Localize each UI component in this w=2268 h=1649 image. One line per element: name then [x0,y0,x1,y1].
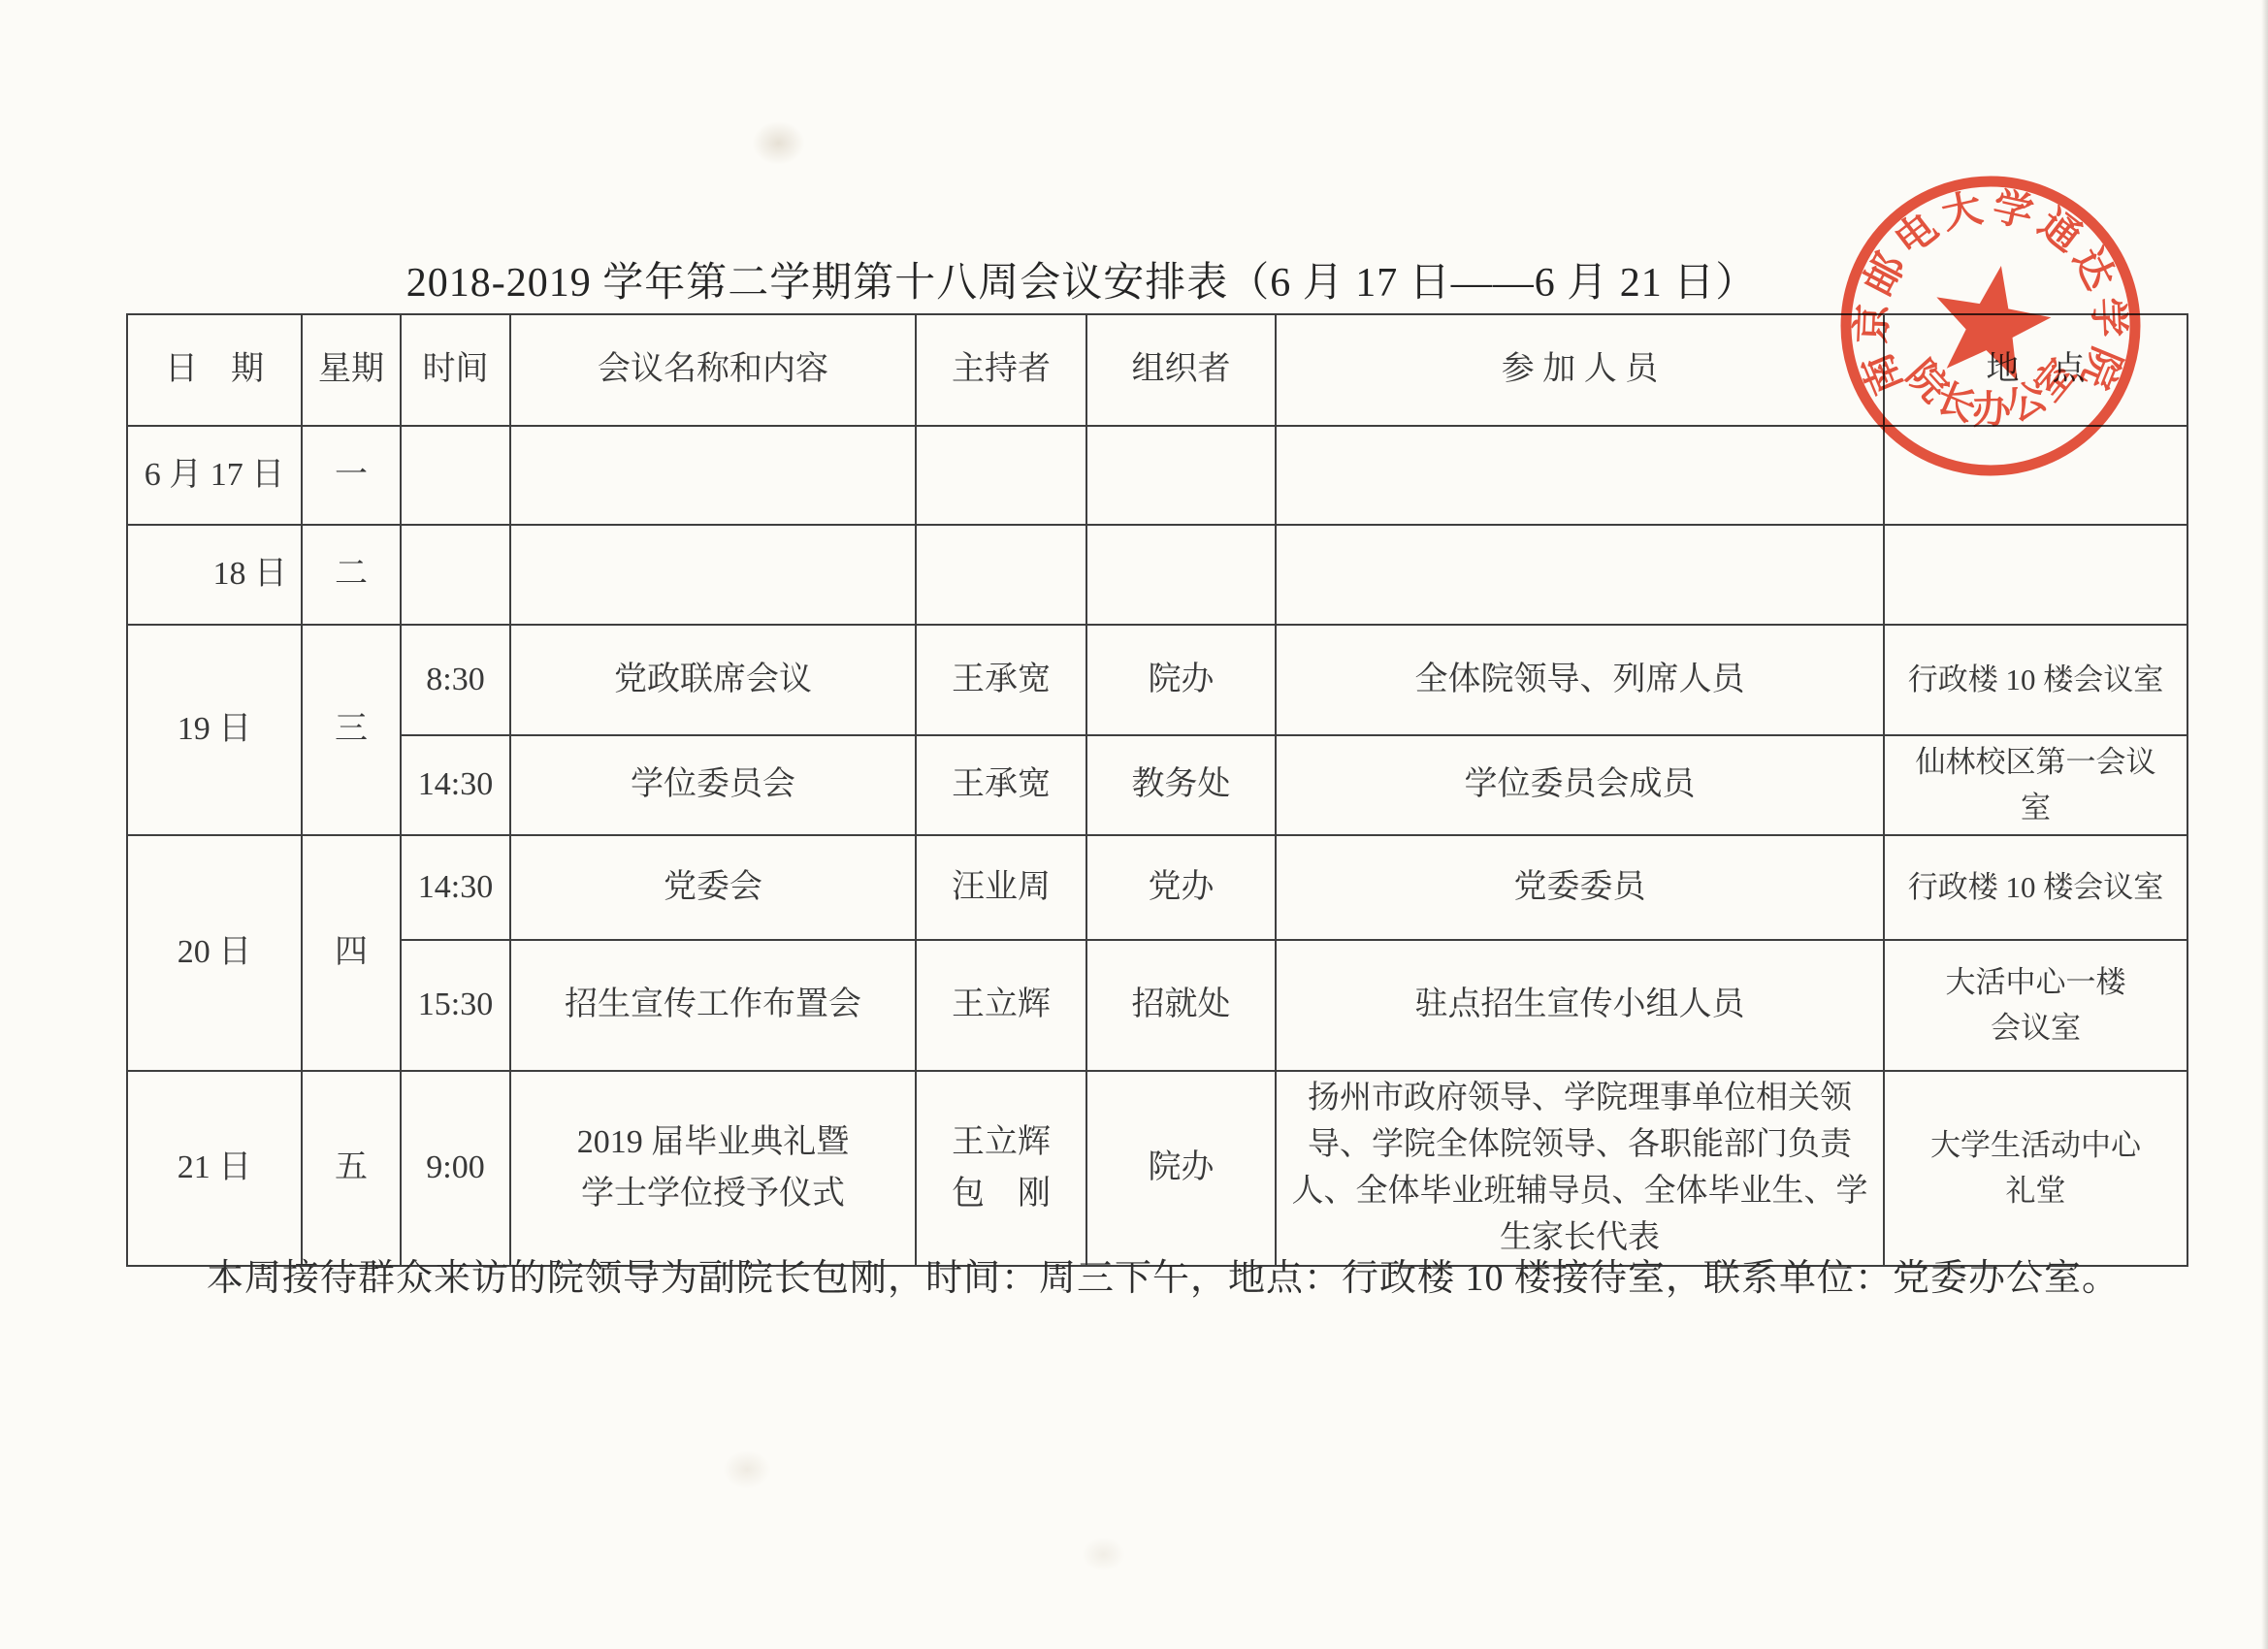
cell-organizer: 教务处 [1086,735,1276,835]
cell-weekday: 二 [302,525,401,625]
header-meeting: 会议名称和内容 [510,314,916,426]
scan-smudge [752,121,805,165]
scan-smudge [1082,1537,1125,1571]
cell-host [916,426,1086,525]
cell-date: 18 日 [127,525,302,625]
table-row-wed-1: 19 日 三 8:30 党政联席会议 王承宽 院办 全体院领导、列席人员 行政楼… [127,625,2187,735]
star-icon [1925,256,2058,385]
cell-time: 15:30 [401,940,510,1071]
cell-participants [1276,525,1884,625]
cell-location: 大活中心一楼 会议室 [1884,940,2187,1071]
cell-weekday: 一 [302,426,401,525]
document-title: 2018-2019 学年第二学期第十八周会议安排表（6 月 17 日——6 月 … [97,250,2066,308]
cell-meeting: 招生宣传工作布置会 [510,940,916,1071]
cell-participants: 驻点招生宣传小组人员 [1276,940,1884,1071]
cell-organizer [1086,525,1276,625]
cell-time: 8:30 [401,625,510,735]
cell-date: 20 日 [127,835,302,1071]
cell-meeting: 2019 届毕业典礼暨 学士学位授予仪式 [510,1071,916,1266]
cell-host: 汪业周 [916,835,1086,940]
header-organizer: 组织者 [1086,314,1276,426]
cell-participants: 党委委员 [1276,835,1884,940]
svg-text:院长办公室: 院长办公室 [1898,349,2086,433]
cell-weekday: 三 [302,625,401,835]
table-row-tue: 18 日 二 [127,525,2187,625]
cell-meeting [510,525,916,625]
cell-time [401,426,510,525]
cell-location: 行政楼 10 楼会议室 [1884,835,2187,940]
cell-organizer: 院办 [1086,1071,1276,1266]
cell-time: 9:00 [401,1071,510,1266]
table-row-wed-2: 14:30 学位委员会 王承宽 教务处 学位委员会成员 仙林校区第一会议 室 [127,735,2187,835]
cell-date: 21 日 [127,1071,302,1266]
cell-weekday: 五 [302,1071,401,1266]
header-host: 主持者 [916,314,1086,426]
cell-meeting: 党政联席会议 [510,625,916,735]
table-row-fri: 21 日 五 9:00 2019 届毕业典礼暨 学士学位授予仪式 王立辉 包 刚… [127,1071,2187,1266]
cell-time: 14:30 [401,835,510,940]
cell-host: 王承宽 [916,735,1086,835]
cell-time: 14:30 [401,735,510,835]
cell-weekday: 四 [302,835,401,1071]
cell-organizer: 党办 [1086,835,1276,940]
cell-meeting [510,426,916,525]
official-seal-stamp: 南京邮电大学通达学院 院长办公室 [1831,166,2151,486]
table-row-thu-2: 15:30 招生宣传工作布置会 王立辉 招就处 驻点招生宣传小组人员 大活中心一… [127,940,2187,1071]
header-weekday: 星期 [302,314,401,426]
cell-time [401,525,510,625]
cell-date: 19 日 [127,625,302,835]
cell-organizer: 院办 [1086,625,1276,735]
cell-date: 6 月 17 日 [127,426,302,525]
table-row-thu-1: 20 日 四 14:30 党委会 汪业周 党办 党委委员 行政楼 10 楼会议室 [127,835,2187,940]
cell-location: 大学生活动中心 礼堂 [1884,1071,2187,1266]
cell-host: 王立辉 [916,940,1086,1071]
footer-note: 本周接待群众来访的院领导为副院长包刚，时间：周三下午，地点：行政楼 10 楼接待… [207,1247,2120,1301]
cell-organizer: 招就处 [1086,940,1276,1071]
cell-location: 仙林校区第一会议 室 [1884,735,2187,835]
header-date: 日 期 [127,314,302,426]
seal-bottom-text: 院长办公室 [1898,349,2086,433]
cell-participants: 扬州市政府领导、学院理事单位相关领导、学院全体院领导、各职能部门负责人、全体毕业… [1276,1071,1884,1266]
cell-location [1884,525,2187,625]
cell-host: 王承宽 [916,625,1086,735]
cell-participants [1276,426,1884,525]
scan-edge-shadow [2261,0,2268,1649]
cell-meeting: 学位委员会 [510,735,916,835]
cell-host: 王立辉 包 刚 [916,1071,1086,1266]
header-time: 时间 [401,314,510,426]
cell-organizer [1086,426,1276,525]
header-participants: 参 加 人 员 [1276,314,1884,426]
scanned-document-page: 2018-2019 学年第二学期第十八周会议安排表（6 月 17 日——6 月 … [0,0,2268,1649]
scan-smudge [723,1450,771,1489]
cell-participants: 学位委员会成员 [1276,735,1884,835]
cell-host [916,525,1086,625]
cell-participants: 全体院领导、列席人员 [1276,625,1884,735]
cell-meeting: 党委会 [510,835,916,940]
cell-location: 行政楼 10 楼会议室 [1884,625,2187,735]
